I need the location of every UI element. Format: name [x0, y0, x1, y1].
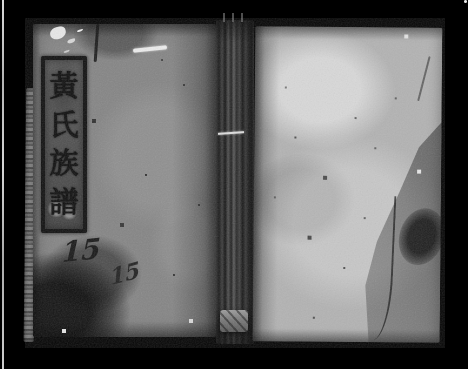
crack-line-short: [417, 56, 430, 101]
right-cover-specks: [255, 26, 257, 28]
corner-speck: [464, 0, 467, 3]
photograph: 黃 氏 族 譜 15 15: [0, 0, 468, 369]
title-char-1: 黃: [49, 72, 78, 101]
corner-damage-spots: [49, 25, 67, 41]
title-label: 黃 氏 族 譜: [41, 56, 87, 233]
right-cover: [253, 26, 443, 343]
left-cover-specks: [33, 24, 35, 26]
left-cover: 黃 氏 族 譜 15 15: [33, 24, 216, 337]
right-cover-stain: [253, 26, 443, 343]
handwritten-number-15-small: 15: [109, 257, 141, 291]
title-char-2: 氏: [49, 111, 78, 140]
handwritten-number-15-large: 15: [62, 232, 102, 269]
top-edge-crack: [94, 24, 100, 62]
white-scratch: [133, 45, 167, 53]
spine-frayed-top: [220, 13, 250, 22]
stitched-spine: [216, 20, 254, 344]
film-edge-line: [2, 0, 4, 369]
spine-tie-knot: [220, 310, 248, 332]
spine-binding-thread: [218, 131, 244, 135]
title-char-4: 譜: [49, 188, 78, 217]
title-char-3: 族: [49, 149, 78, 178]
